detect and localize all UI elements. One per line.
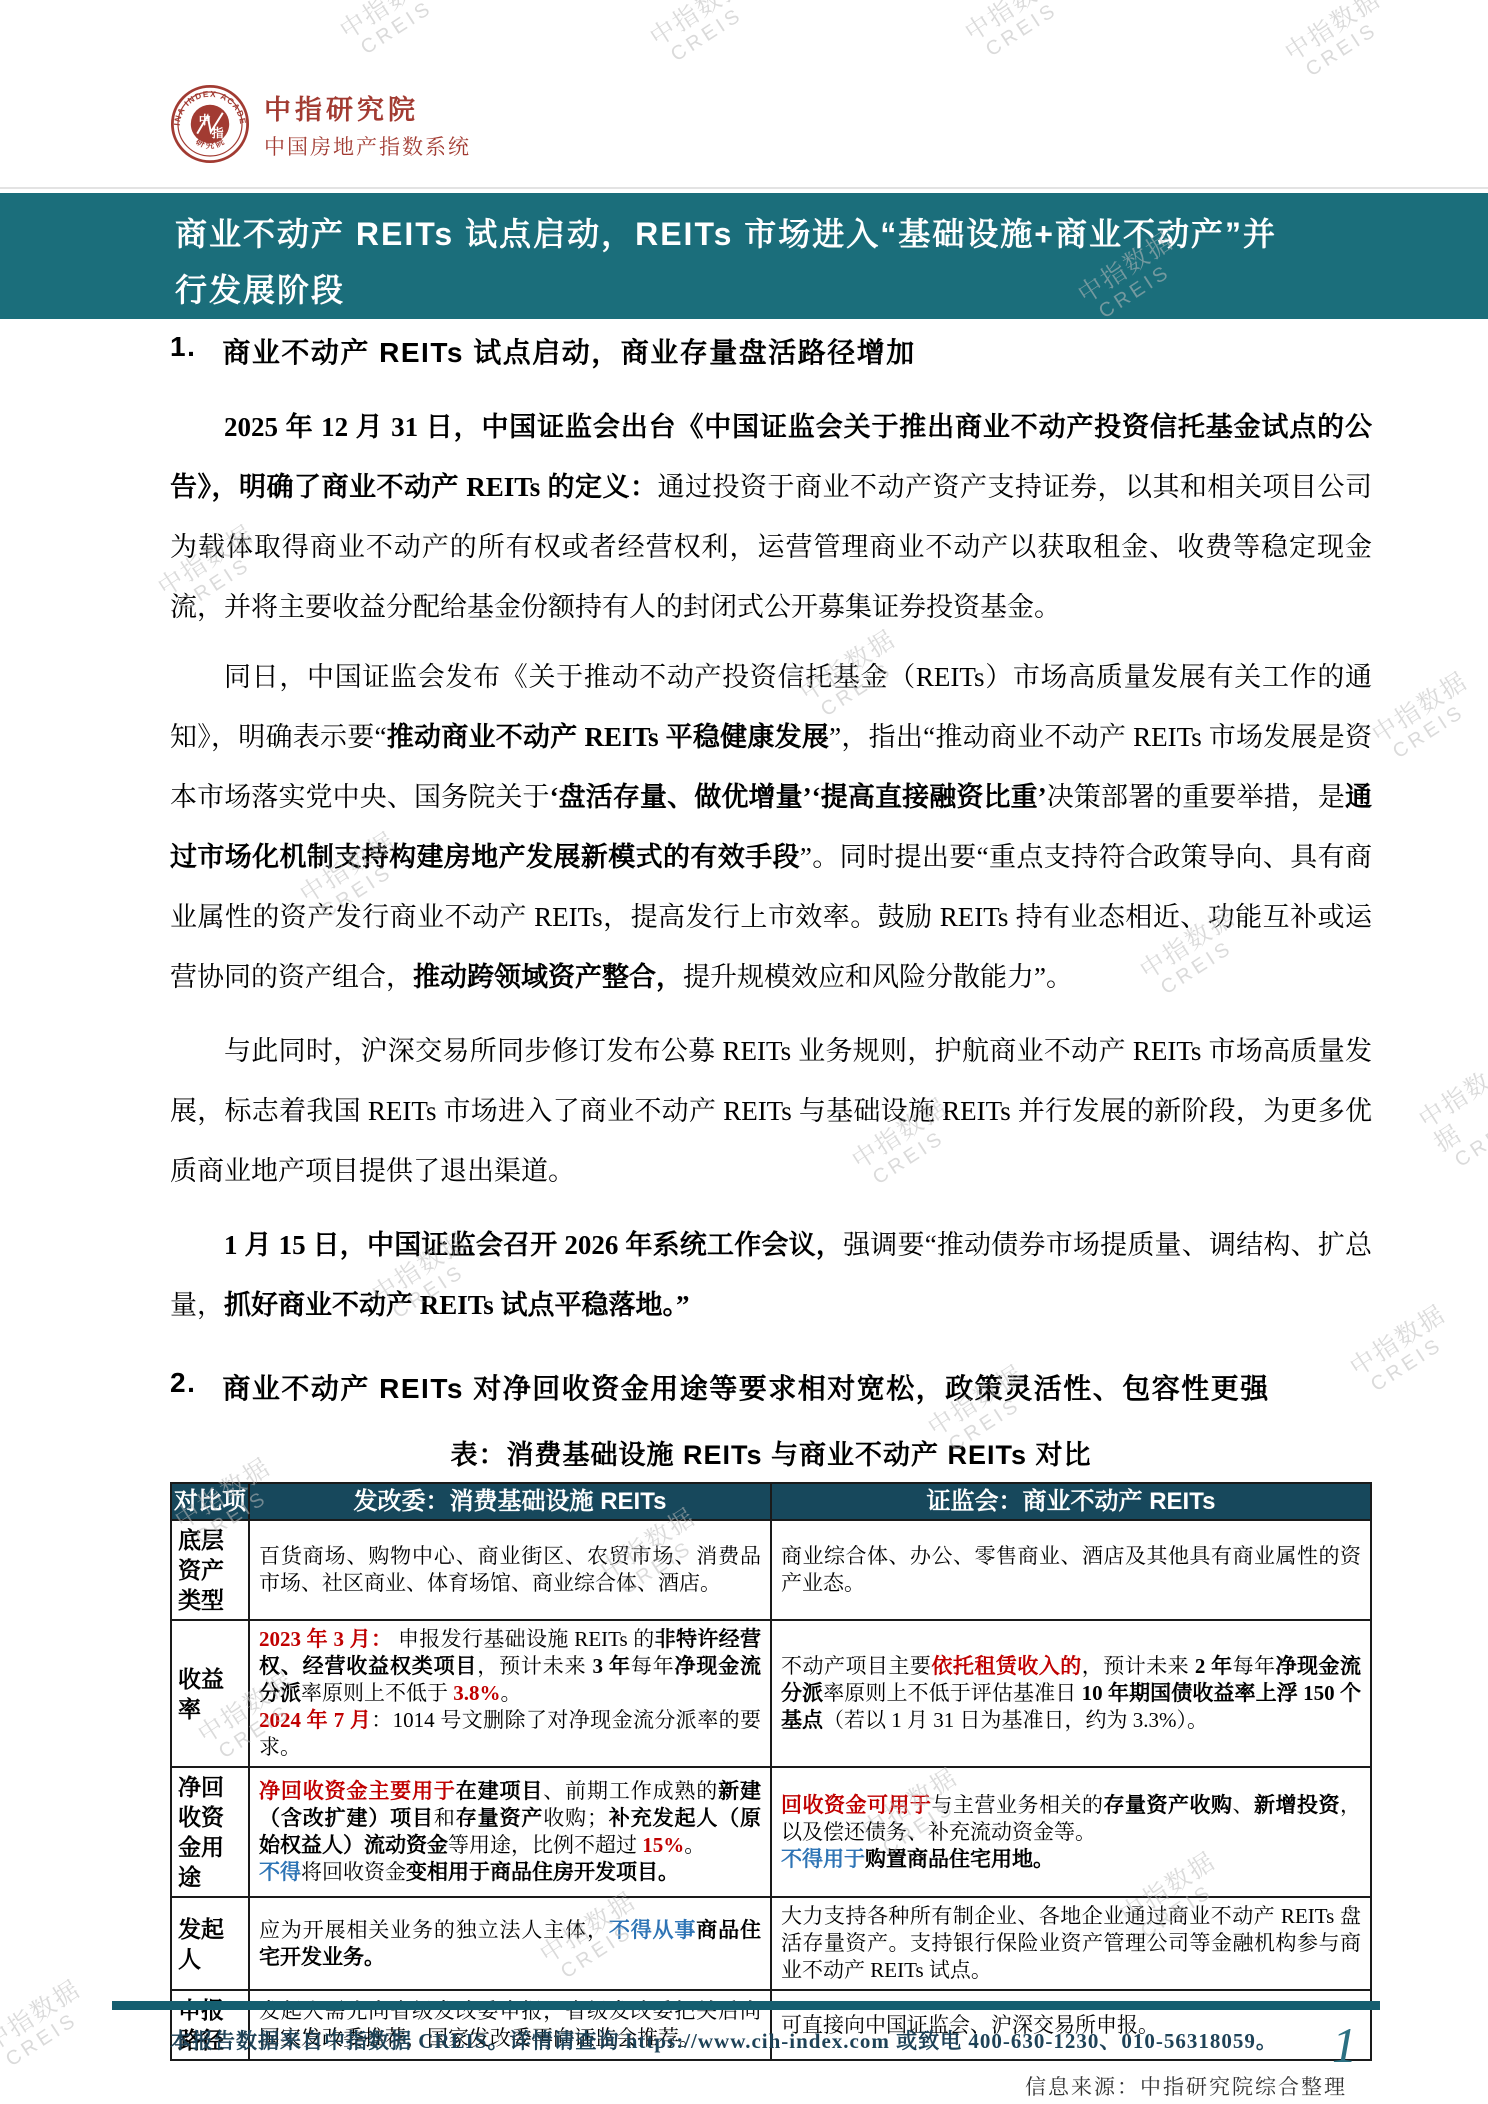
row-label-cell: 底层资产类型 [171,1520,249,1620]
brand-name: 中指研究院 [264,88,471,127]
section-1-title: 商业不动产 REITs 试点启动，商业存量盘活路径增加 [222,331,915,371]
table-row: 发起人应为开展相关业务的独立法人主体，不得从事商品住宅开发业务。大力支持各种所有… [171,1897,1371,1990]
table-header-row: 对比项 发改委：消费基础设施 REITs 证监会：商业不动产 REITs [171,1483,1371,1520]
row-label-cell: 发起人 [171,1897,249,1990]
csrc-cell: 不动产项目主要依托租赁收入的，预计未来 2 年每年净现金流分派率原则上不低于评估… [771,1620,1371,1767]
section-1-number: 1. [170,331,196,371]
creis-watermark: 中指数据CREIS [960,0,1078,66]
page-number: 1 [1332,2016,1357,2074]
table-row: 净回收资金用途净回收资金主要用于在建项目、前期工作成熟的新建（含改扩建）项目和存… [171,1767,1371,1897]
paragraph-3: 与此同时，沪深交易所同步修订发布公募 REITs 业务规则，护航商业不动产 RE… [170,1021,1372,1201]
footer-note-suffix: 或致电 400-630-1230、010-56318059。 [890,2029,1278,2053]
banner-title-line1: 商业不动产 REITs 试点启动，REITs 市场进入“基础设施+商业不动产”并 [175,206,1428,262]
csrc-cell: 回收资金可用于与主营业务相关的存量资产收购、新增投资，以及偿还债务、补充流动资金… [771,1767,1371,1897]
table-title: 表：消费基础设施 REITs 与商业不动产 REITs 对比 [170,1433,1372,1472]
paragraph-2: 同日，中国证监会发布《关于推动不动产投资信托基金（REITs）市场高质量发展有关… [170,647,1372,1007]
brand-header: CHINA INDEX ACADEMY 研 究 院 中 指 中指研究院 中国房地… [170,84,471,164]
china-index-academy-seal-icon: CHINA INDEX ACADEMY 研 究 院 中 指 [170,84,250,164]
brand-subtitle: 中国房地产指数系统 [264,131,471,161]
creis-watermark: 中指数据CREIS [1414,1062,1488,1176]
row-label-cell: 净回收资金用途 [171,1767,249,1897]
csrc-cell: 大力支持各种所有制企业、各地企业通过商业不动产 REITs 盘活存量资产。支持银… [771,1897,1371,1990]
section-1-heading: 1. 商业不动产 REITs 试点启动，商业存量盘活路径增加 [170,331,1372,371]
section-2-heading: 2. 商业不动产 REITs 对净回收资金用途等要求相对宽松，政策灵活性、包容性… [170,1367,1372,1407]
csrc-cell: 商业综合体、办公、零售商业、酒店及其他具有商业属性的资产业态。 [771,1520,1371,1620]
section-2-number: 2. [170,1367,196,1407]
footer-note-prefix: 本报告数据来自中指数据 CREIS。详情请查询 [170,2029,626,2053]
header-cell-csrc: 证监会：商业不动产 REITs [771,1483,1371,1520]
footer-rule [112,2001,1380,2010]
banner-title-line2: 行发展阶段 [175,262,1428,318]
source-note: 信息来源：中指研究院综合整理 [170,2071,1372,2101]
table-row: 收益率2023 年 3 月： 申报发行基础设施 REITs 的非特许经营权、经营… [171,1620,1371,1767]
creis-watermark: 中指数据CREIS [645,0,763,71]
table-row: 底层资产类型百货商场、购物中心、商业街区、农贸市场、消费品市场、社区商业、体育场… [171,1520,1371,1620]
ndrc-cell: 百货商场、购物中心、商业街区、农贸市场、消费品市场、社区商业、体育场馆、商业综合… [249,1520,771,1620]
ndrc-cell: 应为开展相关业务的独立法人主体，不得从事商品住宅开发业务。 [249,1897,771,1990]
footer-url-link[interactable]: https://www.cih-index.com [626,2029,890,2053]
report-page: 中指数据CREIS中指数据CREIS中指数据CREIS中指数据CREIS中指数据… [0,0,1488,2104]
brand-text: 中指研究院 中国房地产指数系统 [264,88,471,161]
section-2-title: 商业不动产 REITs 对净回收资金用途等要求相对宽松，政策灵活性、包容性更强 [222,1367,1269,1407]
paragraph-1: 2025 年 12 月 31 日，中国证监会出台《中国证监会关于推出商业不动产投… [170,397,1372,637]
comparison-table: 对比项 发改委：消费基础设施 REITs 证监会：商业不动产 REITs 底层资… [170,1482,1372,2061]
creis-watermark: 中指数据CREIS [1367,667,1485,768]
report-body: 1. 商业不动产 REITs 试点启动，商业存量盘活路径增加 2025 年 12… [170,331,1372,2101]
ndrc-cell: 2023 年 3 月： 申报发行基础设施 REITs 的非特许经营权、经营收益权… [249,1620,771,1767]
creis-watermark: 中指数据CREIS [1280,0,1398,86]
svg-text:指: 指 [211,125,224,140]
comparison-table-body: 底层资产类型百货商场、购物中心、商业街区、农贸市场、消费品市场、社区商业、体育场… [171,1520,1371,2060]
header-divider [0,187,1488,189]
creis-watermark: 中指数据CREIS [335,0,453,64]
title-banner: 商业不动产 REITs 试点启动，REITs 市场进入“基础设施+商业不动产”并… [0,193,1488,319]
row-label-cell: 收益率 [171,1620,249,1767]
header-cell-compare-item: 对比项 [171,1483,249,1520]
creis-watermark: 中指数据CREIS [0,1975,98,2076]
ndrc-cell: 净回收资金主要用于在建项目、前期工作成熟的新建（含改扩建）项目和存量资产收购；补… [249,1767,771,1897]
header-cell-ndrc: 发改委：消费基础设施 REITs [249,1483,771,1520]
paragraph-4: 1 月 15 日，中国证监会召开 2026 年系统工作会议，强调要“推动债券市场… [170,1215,1372,1335]
footer-note: 本报告数据来自中指数据 CREIS。详情请查询 https://www.cih-… [170,2025,1278,2055]
